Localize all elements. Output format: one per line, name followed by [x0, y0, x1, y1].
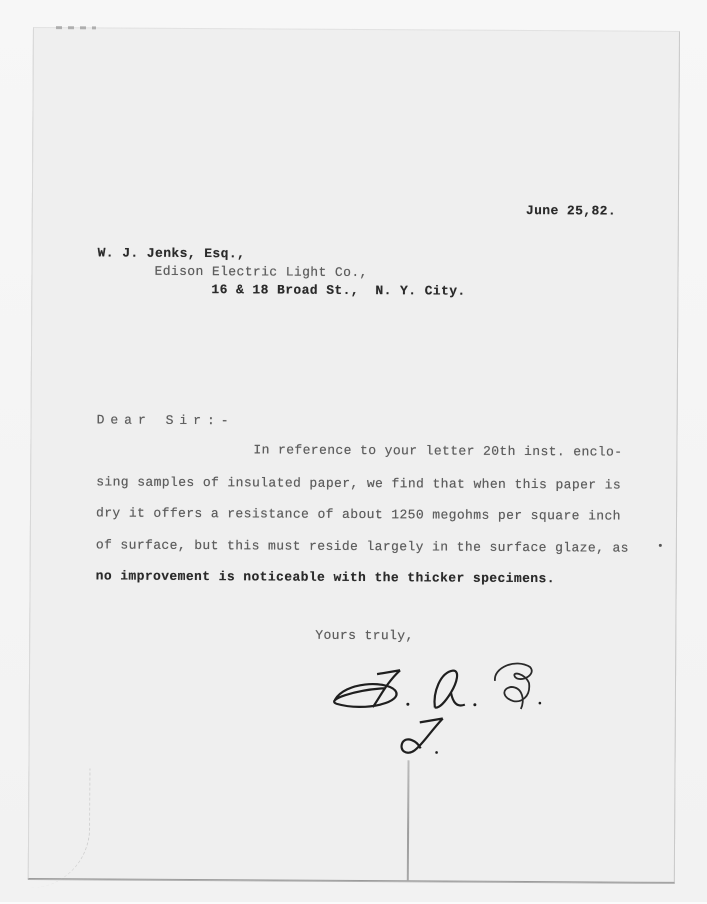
recipient-company: Edison Electric Light Co., — [154, 264, 367, 280]
recipient-address: 16 & 18 Broad St., N. Y. City. — [211, 282, 465, 299]
body-line: no improvement is noticeable with the th… — [96, 568, 555, 586]
paper-crack — [407, 760, 410, 880]
letter-date: June 25,82. — [526, 203, 616, 219]
closing: Yours truly, — [315, 628, 414, 644]
body-line: sing samples of insulated paper, we find… — [96, 474, 621, 492]
body-line: of surface, but this must reside largely… — [96, 537, 629, 555]
paper-fold — [29, 768, 91, 888]
signature-flourish-icon — [325, 652, 556, 763]
signature: T. A. E. J. — [325, 652, 556, 763]
letter-page: June 25,82. W. J. Jenks, Esq., Edison El… — [28, 27, 680, 883]
salutation: Dear Sir:- — [97, 412, 235, 428]
recipient-name: W. J. Jenks, Esq., — [98, 245, 246, 261]
body-line: In reference to your letter 20th inst. e… — [253, 442, 622, 459]
body-line: dry it offers a resistance of about 1250… — [96, 505, 621, 523]
page-edge-marks — [56, 26, 96, 29]
margin-mark — [659, 544, 662, 547]
